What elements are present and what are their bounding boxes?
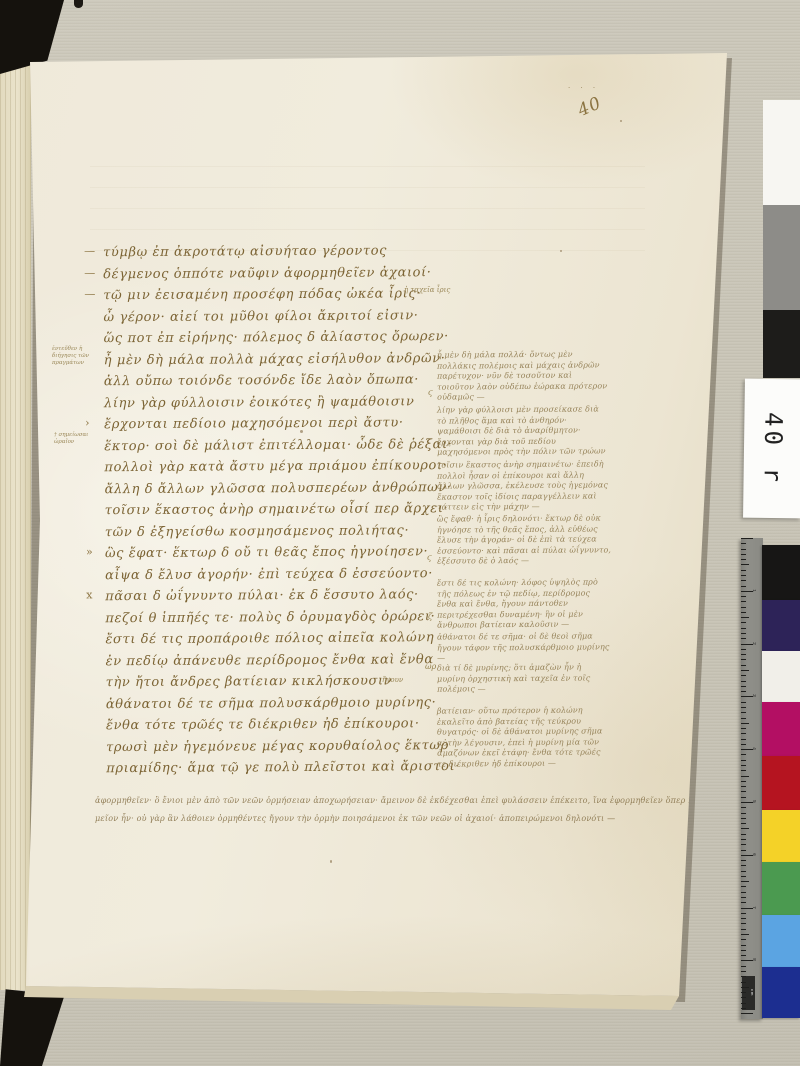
color-patch-yellow bbox=[762, 810, 800, 862]
binding-dot bbox=[74, 0, 83, 8]
verse-text: ἕκτορ· σοὶ δὲ μάλιστ ἐπιτέλλομαι· ὧδε δὲ… bbox=[104, 437, 452, 454]
verse-line: ἔνθα τότε τρῶές τε διέκριθεν ἠδ ἐπίκουρο… bbox=[106, 716, 420, 733]
ruler-number: 2 bbox=[752, 642, 757, 645]
verse-text: δέγμενος ὁππότε ναῦφιν ἀφορμηθεῖεν ἀχαιο… bbox=[103, 265, 431, 282]
verse-text: τρωσὶ μὲν ἡγεμόνευε μέγας κορυθαίολος ἕκ… bbox=[106, 738, 449, 755]
verse-text: ἀθάνατοι δέ τε σῆμα πολυσκάρθμοιο μυρίνη… bbox=[106, 695, 437, 712]
verse-text: ἔνθα τότε τρῶές τε διέκριθεν ἠδ ἐπίκουρο… bbox=[106, 716, 420, 733]
ruler-tick bbox=[741, 628, 746, 629]
ruler-tick bbox=[741, 739, 746, 740]
ruler-tick bbox=[741, 791, 746, 792]
verse-line: τρωσὶ μὲν ἡγεμόνευε μέγας κορυθαίολος ἕκ… bbox=[106, 738, 449, 755]
color-patch-light-blue bbox=[762, 915, 800, 967]
ruler-tick bbox=[741, 976, 746, 977]
ruler-tick bbox=[741, 992, 746, 993]
verse-text: πολλοὶ γὰρ κατὰ ἄστυ μέγα πριάμου ἐπίκου… bbox=[104, 458, 447, 475]
verse-text: τῶν δ ἐξηγείσθω κοσμησάμενος πολιήτας· bbox=[105, 523, 409, 540]
ruler-tick bbox=[741, 966, 746, 967]
verse-line: ἄλλη δ ἄλλων γλῶσσα πολυσπερέων ἀνθρώπων… bbox=[104, 480, 451, 497]
ruler-tick bbox=[741, 554, 746, 555]
verse-line: ἀλλ οὔπω τοιόνδε τοσόνδε ἴδε λαὸν ὄπωπα· bbox=[104, 372, 419, 389]
ruler-tick bbox=[741, 543, 746, 544]
verse-line: τὴν ἤτοι ἄνδρες βατίειαν κικλήσκουσιν bbox=[106, 673, 393, 690]
ruler-tick bbox=[741, 617, 749, 618]
ruler-tick bbox=[741, 934, 749, 935]
ruler-tick bbox=[741, 955, 746, 956]
margin-mark: — bbox=[84, 244, 96, 257]
verse-text: ὦ γέρον· αἰεί τοι μῦθοι φίλοι ἄκριτοί εἰ… bbox=[103, 308, 418, 325]
verse-line: ὦ γέρον· αἰεί τοι μῦθοι φίλοι ἄκριτοί εἰ… bbox=[103, 308, 418, 325]
margin-note: ἐντεῦθεν ἡδιήγησις τῶνπραγμάτων bbox=[52, 346, 89, 367]
ruler-tick bbox=[741, 596, 746, 597]
scholion-paragraph: ὣς ἔφαθ· ἡ ἶρις δηλονότι· ἕκτωρ δὲ οὐκ ἠ… bbox=[437, 513, 611, 567]
ruler-tick bbox=[741, 638, 746, 639]
ruler-tick bbox=[741, 702, 746, 703]
margin-note-line: πραγμάτων bbox=[52, 360, 89, 367]
verse-line: ἐν πεδίῳ ἀπάνευθε περίδρομος ἔνθα καὶ ἔν… bbox=[106, 652, 434, 669]
margin-note-line: ἐντεῦθεν ἡ bbox=[52, 346, 89, 353]
verse-text: αἶψα δ ἔλυσ ἀγορήν· ἐπὶ τεύχεα δ ἐσσεύον… bbox=[105, 566, 433, 583]
ruler-number: 3 bbox=[752, 695, 757, 698]
ruler-tick bbox=[741, 881, 749, 882]
ruler-tick bbox=[741, 897, 746, 898]
verse-text: τύμβῳ ἐπ ἀκροτάτῳ αἰσυήταο γέροντος bbox=[103, 243, 387, 260]
verse-text: τὴν ἤτοι ἄνδρες βατίειαν κικλήσκουσιν bbox=[106, 673, 393, 690]
ruler-tick bbox=[741, 1008, 746, 1009]
ruler-tick bbox=[741, 607, 746, 608]
verse-line: —τῷ μιν ἐεισαμένη προσέφη πόδας ὠκέα ἶρι… bbox=[103, 286, 421, 303]
ruler-tick bbox=[741, 902, 746, 903]
reference-mark: ζ bbox=[428, 612, 432, 621]
ruler-tick bbox=[741, 549, 746, 550]
verse-line: ἀθάνατοι δέ τε σῆμα πολυσκάρθμοιο μυρίνη… bbox=[106, 695, 437, 712]
ruler-tick bbox=[741, 871, 746, 872]
ruler-number: 6 bbox=[752, 853, 757, 856]
margin-note-line: ὡραῖον bbox=[54, 439, 88, 446]
margin-mark: — bbox=[84, 287, 96, 300]
ruler-tick bbox=[741, 828, 749, 829]
ruler-tick bbox=[741, 997, 746, 998]
ruler-tick bbox=[741, 939, 746, 940]
ruler-tick bbox=[741, 1003, 746, 1004]
margin-mark: x bbox=[86, 588, 93, 601]
ruler-tick bbox=[741, 570, 746, 571]
color-patch-black bbox=[762, 545, 800, 600]
ink-speck bbox=[330, 860, 332, 863]
ruler-tick bbox=[741, 612, 746, 613]
ink-speck bbox=[560, 250, 562, 252]
bottom-scholion-line: μεῖον ἦν· οὐ γὰρ ἂν λάθοιεν ὁρμηθέντες ἤ… bbox=[95, 814, 615, 823]
scholion-paragraph: ἔστι δέ τις κολώνη· λόφος ὑψηλὸς πρὸ τῆς… bbox=[437, 577, 611, 631]
color-patch-dark-blue bbox=[762, 967, 800, 1018]
ruler-tick bbox=[741, 575, 746, 576]
color-patch-white bbox=[762, 651, 800, 702]
verse-line: ὥς ποτ ἐπ εἰρήνης· πόλεμος δ ἀλίαστος ὄρ… bbox=[104, 329, 449, 346]
verse-text: πριαμίδης· ἅμα τῷ γε πολὺ πλεῖστοι καὶ ἄ… bbox=[106, 759, 460, 776]
ruler-tick bbox=[741, 707, 746, 708]
ruler-tick bbox=[741, 876, 746, 877]
ruler-tick bbox=[741, 586, 746, 587]
ruler-number: 5 bbox=[752, 800, 757, 803]
margin-mark: — bbox=[84, 266, 96, 279]
folio-label-card: 40 r bbox=[743, 379, 800, 519]
scholion-paragraph: βατίειαν· οὕτω πρότερον ἡ κολώνη ἐκαλεῖτ… bbox=[437, 705, 611, 770]
verse-text: πεζοί θ ἱππῆές τε· πολὺς δ ὀρυμαγδὸς ὀρώ… bbox=[105, 609, 435, 626]
ruler-tick bbox=[741, 813, 746, 814]
ruler-tick bbox=[741, 945, 746, 946]
verse-text: ὣς ἔφατ· ἕκτωρ δ οὔ τι θεᾶς ἔπος ἠγνοίησ… bbox=[105, 544, 428, 561]
pricking-dots: · · · bbox=[568, 84, 599, 92]
verse-line: ἦ μὲν δὴ μάλα πολλὰ μάχας εἰσήλυθον ἀνδρ… bbox=[104, 351, 446, 368]
ruler-tick bbox=[741, 733, 746, 734]
ruler-tick bbox=[741, 781, 746, 782]
parchment-page: · · · 40 —τύμβῳ ἐπ ἀκροτάτῳ αἰσυήταο γέρ… bbox=[0, 0, 800, 1066]
ruler-tick bbox=[741, 765, 746, 766]
ruler-tick bbox=[741, 564, 749, 565]
color-patch-magenta bbox=[762, 702, 800, 756]
ruler-number: 4 bbox=[752, 747, 757, 750]
verse-text: ἦ μὲν δὴ μάλα πολλὰ μάχας εἰσήλυθον ἀνδρ… bbox=[104, 351, 446, 368]
verse-line: ›ἔρχονται πεδίοιο μαχησόμενοι περὶ ἄστυ· bbox=[104, 415, 403, 432]
verse-line: —τύμβῳ ἐπ ἀκροτάτῳ αἰσυήταο γέροντος bbox=[103, 243, 387, 260]
ruler-tick bbox=[741, 686, 746, 687]
ruler-tick bbox=[741, 839, 746, 840]
color-patch-green bbox=[762, 862, 800, 915]
ruler-tick bbox=[741, 654, 746, 655]
ruler-tick bbox=[741, 807, 746, 808]
scholion-paragraph: διὰ τί δὲ μυρίνης; ὅτι ἀμαζὼν ἦν ἡ μυρίν… bbox=[437, 662, 611, 695]
ruler-tick bbox=[741, 865, 746, 866]
margin-note: † σημείωσαιὡραῖον bbox=[54, 432, 88, 446]
ruler-tick bbox=[741, 670, 749, 671]
margin-note-line: † σημείωσαι bbox=[54, 432, 88, 439]
verse-line: αἶψα δ ἔλυσ ἀγορήν· ἐπὶ τεύχεα δ ἐσσεύον… bbox=[105, 566, 433, 583]
ruler-tick bbox=[741, 770, 746, 771]
ruler-tick bbox=[741, 691, 746, 692]
ruler-tick bbox=[741, 971, 746, 972]
verse-text: τῷ μιν ἐεισαμένη προσέφη πόδας ὠκέα ἶρις… bbox=[103, 286, 421, 303]
reference-mark: ϛ bbox=[428, 388, 432, 397]
reference-mark: ϛ bbox=[427, 553, 431, 562]
ruler-tick bbox=[741, 728, 746, 729]
ruler-number: 1 bbox=[752, 589, 757, 592]
ruler-tick bbox=[741, 649, 746, 650]
ruler-tick bbox=[741, 929, 746, 930]
ruler-tick bbox=[741, 580, 746, 581]
ruler-tick bbox=[741, 675, 746, 676]
ruler-tick bbox=[741, 923, 746, 924]
grayscale-gray-patch bbox=[763, 205, 800, 310]
folio-number-handwritten: 40 bbox=[575, 93, 605, 121]
ruler-tick bbox=[741, 913, 746, 914]
verse-text: ἔρχονται πεδίοιο μαχησόμενοι περὶ ἄστυ· bbox=[104, 415, 403, 432]
verse-line: λίην γὰρ φύλλοισιν ἐοικότες ἢ ψαμάθοισιν bbox=[104, 394, 415, 411]
verse-text: ἀλλ οὔπω τοιόνδε τοσόνδε ἴδε λαὸν ὄπωπα· bbox=[104, 372, 419, 389]
verse-text: ἄλλη δ ἄλλων γλῶσσα πολυσπερέων ἀνθρώπων… bbox=[104, 480, 451, 497]
verse-line: xπᾶσαι δ ὠΐγνυντο πύλαι· ἐκ δ ἔσσυτο λαό… bbox=[105, 587, 419, 604]
ruler-tick bbox=[741, 744, 746, 745]
margin-mark: » bbox=[86, 545, 93, 558]
verse-text: τοῖσιν ἕκαστος ἀνὴρ σημαινέτω οἷσί περ ἄ… bbox=[105, 501, 449, 518]
ruler-tick bbox=[741, 950, 746, 951]
verse-text: λίην γὰρ φύλλοισιν ἐοικότες ἢ ψαμάθοισιν bbox=[104, 394, 415, 411]
interlinear-gloss: ἡ ταχεῖα ἶρις bbox=[404, 286, 450, 294]
ruler-tick bbox=[741, 776, 749, 777]
ruler-tick bbox=[741, 633, 746, 634]
ruler-tick bbox=[741, 860, 746, 861]
ruler-number: 8 bbox=[752, 959, 757, 962]
verse-line: πολλοὶ γὰρ κατὰ ἄστυ μέγα πριάμου ἐπίκου… bbox=[104, 458, 447, 475]
ruler-tick bbox=[741, 1013, 753, 1014]
ruler-tick bbox=[741, 718, 746, 719]
color-patch-dark-violet bbox=[762, 600, 800, 651]
ruler-tick bbox=[741, 601, 746, 602]
ruler-tick bbox=[741, 823, 746, 824]
grayscale-white-patch bbox=[763, 100, 800, 205]
verse-text: πᾶσαι δ ὠΐγνυντο πύλαι· ἐκ δ ἔσσυτο λαός… bbox=[105, 587, 419, 604]
ruler-tick bbox=[741, 886, 746, 887]
ruler-tick bbox=[741, 918, 746, 919]
ruler-tick bbox=[741, 622, 746, 623]
verse-line: πριαμίδης· ἅμα τῷ γε πολὺ πλεῖστοι καὶ ἄ… bbox=[106, 759, 460, 776]
ruler: cm 12345678 bbox=[741, 538, 763, 1019]
ruler-tick bbox=[741, 797, 746, 798]
reference-mark: ωρ bbox=[425, 662, 436, 671]
ruler-tick bbox=[741, 844, 746, 845]
verse-text: ὥς ποτ ἐπ εἰρήνης· πόλεμος δ ἀλίαστος ὄρ… bbox=[104, 329, 449, 346]
binding-bottom-left bbox=[0, 986, 70, 1066]
ruler-tick bbox=[741, 987, 749, 988]
grayscale-black-patch bbox=[763, 310, 800, 378]
ink-speck bbox=[620, 120, 622, 122]
verse-text: ἐν πεδίῳ ἀπάνευθε περίδρομος ἔνθα καὶ ἔν… bbox=[106, 652, 434, 669]
margin-mark: › bbox=[85, 416, 90, 429]
ruler-tick bbox=[741, 982, 746, 983]
ruler-tick bbox=[741, 834, 746, 835]
ruler-number: 7 bbox=[752, 906, 757, 909]
bottom-scholion-line: ἀφορμηθεῖεν· ὃ ἔνιοι μὲν ἀπὸ τῶν νεῶν ὁρ… bbox=[95, 796, 757, 805]
ruler-tick bbox=[741, 538, 753, 539]
ruler-tick bbox=[741, 892, 746, 893]
ruler-tick bbox=[741, 681, 746, 682]
verse-line: ἕκτορ· σοὶ δὲ μάλιστ ἐπιτέλλομαι· ὧδε δὲ… bbox=[104, 437, 452, 454]
ruler-tick bbox=[741, 850, 746, 851]
ruler-tick bbox=[741, 760, 746, 761]
verse-line: πεζοί θ ἱππῆές τε· πολὺς δ ὀρυμαγδὸς ὀρώ… bbox=[105, 609, 435, 626]
ruler-tick bbox=[741, 723, 749, 724]
ruler-tick bbox=[741, 712, 746, 713]
ruler-tick bbox=[741, 754, 746, 755]
ruler-tick bbox=[741, 818, 746, 819]
manuscript-photograph: · · · 40 —τύμβῳ ἐπ ἀκροτάτῳ αἰσυήταο γέρ… bbox=[0, 0, 800, 1066]
verse-line: ἔστι δέ τις προπάροιθε πόλιος αἰπεῖα κολ… bbox=[105, 630, 434, 647]
verse-text: ἔστι δέ τις προπάροιθε πόλιος αἰπεῖα κολ… bbox=[105, 630, 434, 647]
folio-label-text: 40 r bbox=[758, 411, 787, 485]
scholion-paragraph: ἀθάνατοι δέ τε σῆμα· οἱ δὲ θεοὶ σῆμα ἤγο… bbox=[437, 631, 611, 664]
ruler-tick bbox=[741, 786, 746, 787]
verse-line: τοῖσιν ἕκαστος ἀνὴρ σημαινέτω οἷσί περ ἄ… bbox=[105, 501, 449, 518]
scholion-paragraph: τοῖσιν ἕκαστος ἀνὴρ σημαινέτω· ἐπειδὴ πο… bbox=[437, 459, 611, 513]
book-fore-edge bbox=[0, 62, 31, 990]
ruler-tick bbox=[741, 665, 746, 666]
ruler-tick bbox=[741, 559, 746, 560]
verse-line: »ὣς ἔφατ· ἕκτωρ δ οὔ τι θεᾶς ἔπος ἠγνοίη… bbox=[105, 544, 428, 561]
ruler-tick bbox=[741, 659, 746, 660]
verse-line: τῶν δ ἐξηγείσθω κοσμησάμενος πολιήτας· bbox=[105, 523, 409, 540]
interlinear-gloss: ἤγουν bbox=[382, 676, 403, 684]
scholion-paragraph: ἦ μὲν δὴ μάλα πολλά· ὄντως μὲν πολλάκις … bbox=[437, 349, 611, 403]
verse-line: —δέγμενος ὁππότε ναῦφιν ἀφορμηθεῖεν ἀχαι… bbox=[103, 265, 431, 282]
margin-note-line: διήγησις τῶν bbox=[52, 353, 89, 360]
color-patch-red bbox=[762, 756, 800, 810]
